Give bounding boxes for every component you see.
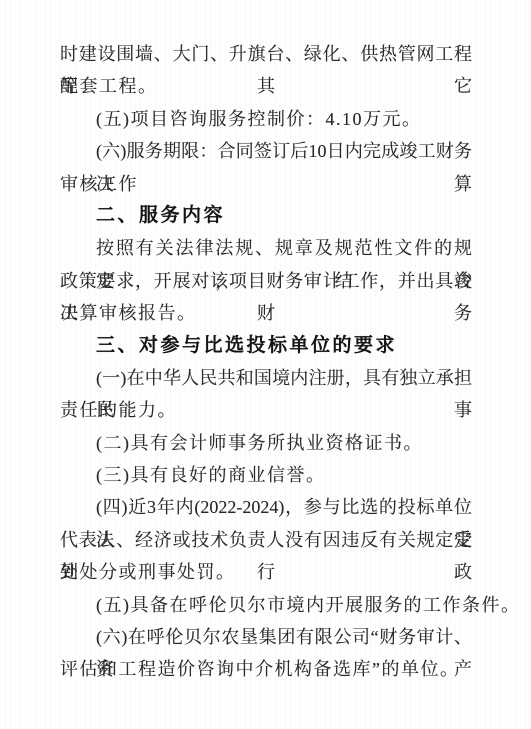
text-line: 时建设围墙、大门、升旗台、绿化、供热管网工程等其它 [60,38,472,70]
text-line-req-3: (三)具有良好的商业信誉。 [60,459,472,491]
text-line-req-1: (一)在中华人民共和国境内注册，具有独立承担民事 [60,362,472,394]
document-page: 时建设围墙、大门、升旗台、绿化、供热管网工程等其它 配套工程。 (五)项目咨询服… [0,0,531,729]
text-line: 按照有关法律法规、规章及规范性文件的规定，结合 [60,232,472,264]
section-heading-service-content: 二、服务内容 [60,200,472,232]
text-line-req-2: (二)具有会计师事务所执业资格证书。 [60,427,472,459]
text-line: 代表人、经济或技术负责人没有因违反有关规定受到行政 [60,524,472,556]
text-line: 评估和工程造价咨询中介机构备选库”的单位。 [60,653,472,685]
text-line-item-5-control-price: (五)项目咨询服务控制价：4.10万元。 [60,103,472,135]
text-line-req-6: (六)在呼伦贝尔农垦集团有限公司“财务审计、资产 [60,621,472,653]
section-heading-bidder-requirements: 三、对参与比选投标单位的要求 [60,330,472,362]
text-line: 政策要求，开展对该项目财务审计工作，并出具竣工财务 [60,265,472,297]
text-line-item-6-service-term: (六)服务期限：合同签订后10日内完成竣工财务决算 [60,135,472,167]
text-line-req-5: (五)具备在呼伦贝尔市境内开展服务的工作条件。 [60,589,472,621]
text-line-req-4: (四)近3年内(2022-2024)，参与比选的投标单位法定 [60,491,472,523]
